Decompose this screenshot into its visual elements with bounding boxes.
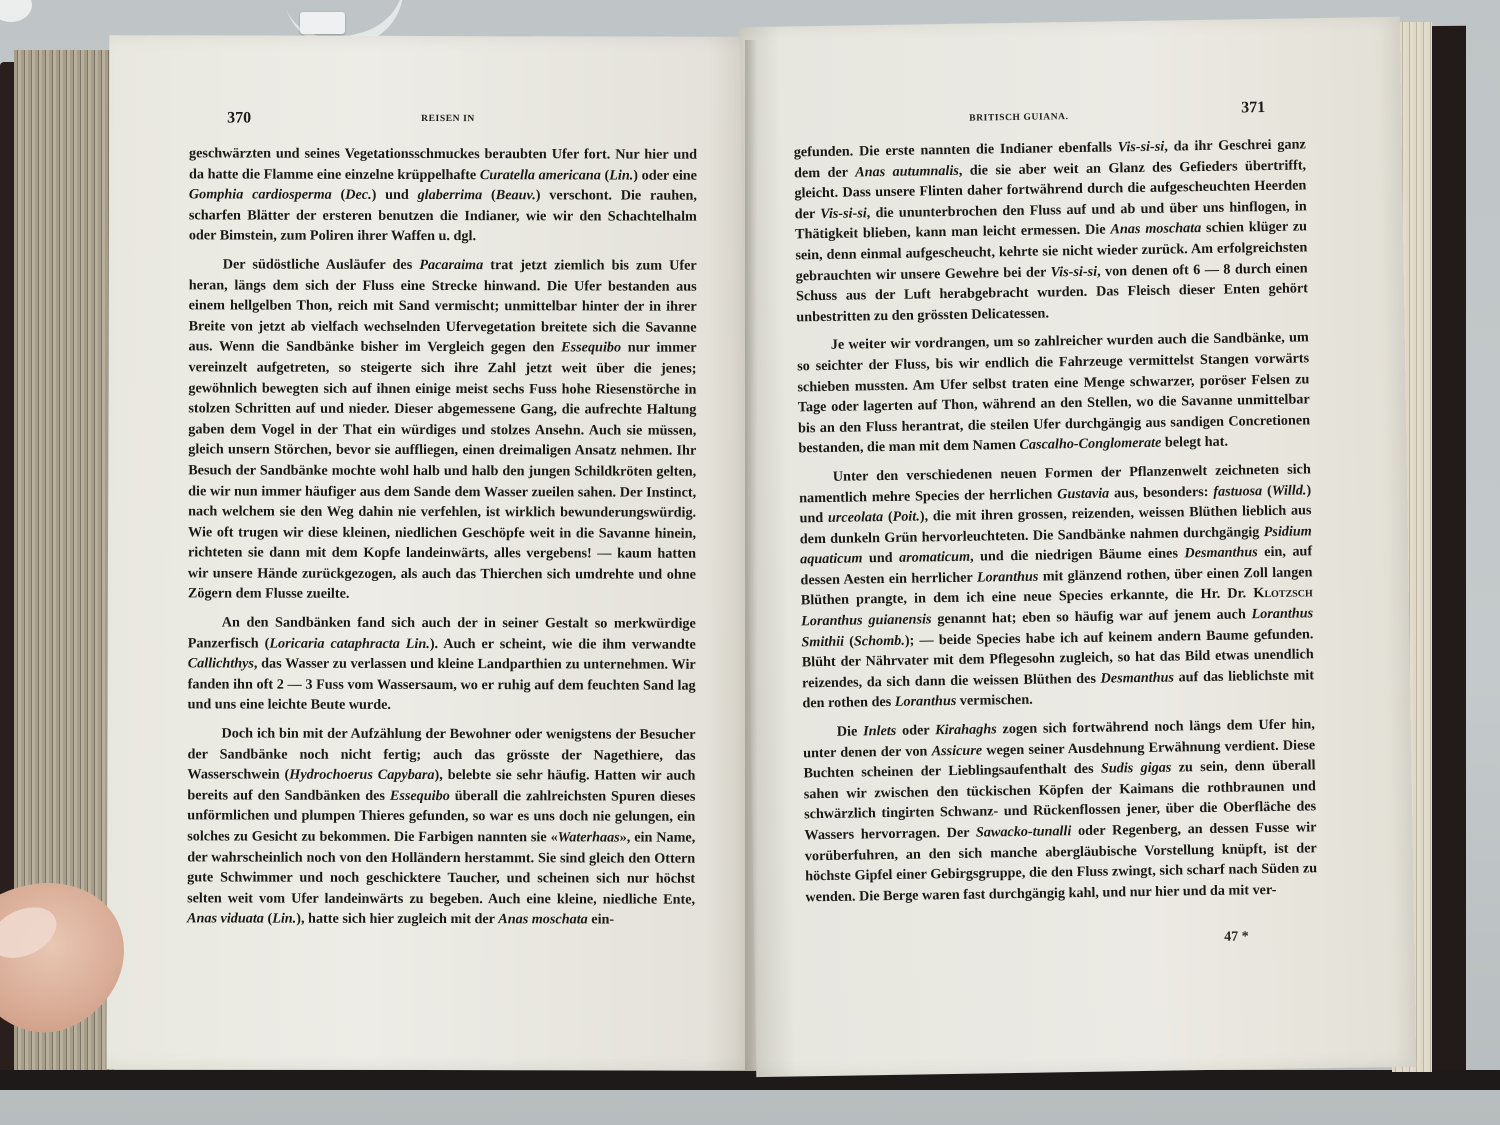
paragraph: gefunden. Die erste nannten die Indianer… bbox=[794, 134, 1309, 327]
book-cover-bottom bbox=[0, 1070, 1500, 1090]
page-number: 371 bbox=[1241, 99, 1265, 116]
body-text-right: gefunden. Die erste nannten die Indianer… bbox=[794, 134, 1318, 915]
book-gutter bbox=[745, 40, 763, 1070]
usb-plug bbox=[300, 12, 345, 34]
page-number-right: 371 bbox=[1241, 99, 1265, 117]
paragraph: geschwärzten und seines Vegetationsschmu… bbox=[189, 143, 697, 247]
page-number-left: 370 bbox=[227, 109, 251, 127]
paragraph: Unter den verschiedenen neuen Formen der… bbox=[799, 459, 1315, 714]
paragraph: Der südöstliche Ausläufer des Pacaraima … bbox=[188, 254, 697, 605]
body-text-left: geschwärzten und seines Vegetationsschmu… bbox=[187, 143, 697, 938]
earbud bbox=[0, 0, 32, 22]
paragraph: Die Inlets oder Kirahaghs zogen sich for… bbox=[803, 714, 1318, 907]
page-number: 370 bbox=[227, 109, 251, 126]
right-page: BRITISCH GUIANA. 371 gefunden. Die erste… bbox=[740, 17, 1416, 1077]
paragraph: Je weiter wir vordrangen, um so zahlreic… bbox=[797, 328, 1311, 460]
paragraph: Doch ich bin mit der Aufzählung der Bewo… bbox=[187, 723, 696, 930]
signature-mark: 47 * bbox=[1224, 929, 1249, 945]
left-page: 370 REISEN IN geschwärzten und seines Ve… bbox=[107, 35, 760, 1071]
paragraph: An den Sandbänken fand sich auch der in … bbox=[188, 612, 696, 716]
thumbnail-nail bbox=[0, 897, 65, 967]
running-head-left: REISEN IN bbox=[421, 114, 475, 124]
running-head-right: BRITISCH GUIANA. bbox=[969, 112, 1068, 124]
